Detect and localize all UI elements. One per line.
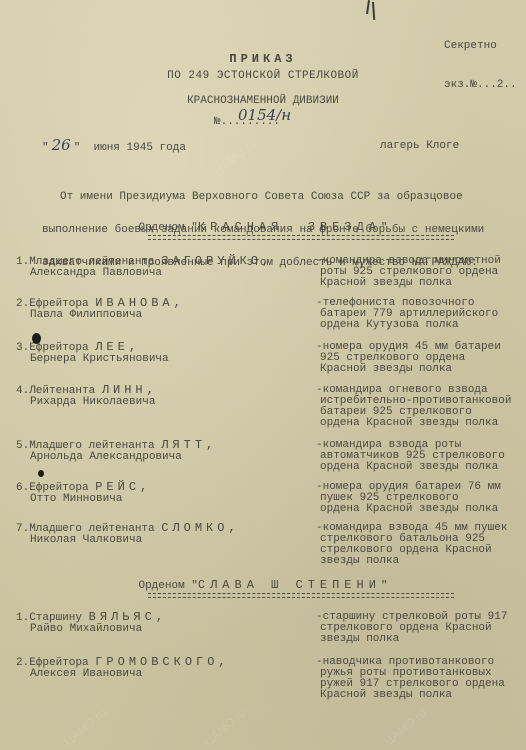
recipient-number: 1.	[16, 256, 29, 268]
recipient-position: -старшину стрелковой роты 917стрелкового…	[316, 612, 507, 645]
date-day-handwritten: 26	[52, 136, 71, 154]
recipient-given-name: Павла Филипповича	[16, 310, 185, 321]
recipient-name-block: 4.Лейтенанта ЛИНН,Рихарда Николаевича	[16, 385, 158, 408]
position-line: Красной звезды полка	[316, 278, 501, 289]
recipient-given-name: Бернера Кристьяновича	[16, 354, 169, 365]
recipient-name-block: 2.Ефрейтора ИВАНОВА,Павла Филипповича	[16, 298, 185, 321]
order-location: лагерь Клоге	[380, 140, 459, 152]
order-name: КРАСНАЯ ЗВЕЗДА	[198, 220, 381, 234]
ink-stain	[32, 333, 41, 344]
recipient-surname: ВЯЛЬЯС,	[89, 610, 167, 624]
order-prefix: Орденом "	[138, 222, 197, 234]
heading-underline	[148, 235, 454, 240]
order-prefix: Орденом "	[138, 580, 197, 592]
recipient-given-name: Александра Павловича	[16, 268, 273, 279]
recipient-surname: СЛОМКО,	[161, 521, 239, 535]
recipient-position: -наводчика противотанковогоружья роты пр…	[316, 657, 505, 701]
recipient-name-block: 1.Младшего лейтенанта ЗАГОРУЙКО,Александ…	[16, 256, 273, 279]
recipient-number: 2.	[16, 657, 29, 669]
order-name: СЛАВА Ш СТЕПЕНИ	[198, 578, 381, 592]
recipient-position: -командира взвода ротыавтоматчиков 925 с…	[316, 440, 505, 473]
recipient-name-block: 2.Ефрейтора ГРОМОВСКОГО,Алексея Иванович…	[16, 657, 230, 680]
ink-stain	[38, 470, 44, 477]
order-number-handwritten: 0154/н	[238, 106, 291, 124]
recipient-name-block: 1.Старшину ВЯЛЬЯС,Райво Михайловича	[16, 612, 167, 635]
recipient-number: 3.	[16, 342, 29, 354]
recipient-position: -номера орудия 45 мм батареи925 стрелков…	[316, 342, 501, 375]
document-title: ПРИКАЗ	[0, 52, 526, 66]
position-line: ордена Красной звезды полка	[316, 504, 501, 515]
order-suffix: "	[381, 580, 388, 592]
order-suffix: "	[381, 222, 388, 234]
division-line-1: ПО 249 ЭСТОНСКОЙ СТРЕЛКОВОЙ	[0, 70, 526, 82]
order-heading: Орденом "КРАСНАЯ ЗВЕЗДА"	[0, 220, 526, 234]
recipient-given-name: Николая Чалковича	[16, 535, 240, 546]
date-quote-open: "	[42, 142, 49, 154]
position-line: Красной звезды полка	[316, 364, 501, 375]
position-line: Красной звезды полка	[316, 690, 505, 701]
order-heading: Орденом "СЛАВА Ш СТЕПЕНИ"	[0, 578, 526, 592]
position-line: ордена Красной звезды полка	[316, 462, 505, 473]
recipient-surname: ЗАГОРУЙКО,	[161, 254, 273, 268]
date-month-year: " июня 1945 года	[74, 142, 186, 154]
position-line: звезды полка	[316, 556, 507, 567]
recipient-name-block: 3.Ефрейтора ЛЕЕ,Бернера Кристьяновича	[16, 342, 169, 365]
order-number: №.........0154/н	[214, 116, 280, 128]
recipient-position: -телефониста повозочногобатареи 779 арти…	[316, 298, 498, 331]
recipient-number: 7.	[16, 523, 29, 535]
recipient-given-name: Рихарда Николаевича	[16, 397, 158, 408]
order-date: "26" июня 1945 года	[42, 136, 186, 154]
recipient-position: -командира взвода минометнойроты 925 стр…	[316, 256, 501, 289]
recipient-number: 2.	[16, 298, 29, 310]
recipient-surname: ГРОМОВСКОГО,	[95, 655, 229, 669]
recipient-given-name: Алексея Ивановича	[16, 669, 230, 680]
recipient-surname: ЛИНН,	[102, 383, 158, 397]
recipient-position: -командира взвода 45 мм пушекстрелкового…	[316, 523, 507, 567]
recipient-given-name: Райво Михайловича	[16, 624, 167, 635]
recipient-position: -командира огневого взводаистребительно-…	[316, 385, 511, 429]
position-line: ордена Кутузова полка	[316, 320, 498, 331]
intro-line: От имени Президиума Верховного Совета Со…	[42, 192, 484, 203]
recipient-given-name: Отто Минновича	[16, 494, 151, 505]
recipient-number: 6.	[16, 482, 29, 494]
recipient-given-name: Арнольда Александровича	[16, 452, 217, 463]
position-line: ордена Красной звезды полка	[316, 418, 511, 429]
recipient-name-block: 7.Младшего лейтенанта СЛОМКО,Николая Чал…	[16, 523, 240, 546]
recipient-surname: ЛЯТТ,	[161, 438, 217, 452]
recipient-name-block: 6.Ефрейтора РЕЙС,Отто Минновича	[16, 482, 151, 505]
recipient-surname: ЛЕЕ,	[95, 340, 140, 354]
recipient-number: 4.	[16, 385, 29, 397]
recipient-surname: ИВАНОВА,	[95, 296, 185, 310]
recipient-surname: РЕЙС,	[95, 480, 151, 494]
position-line: звезды полка	[316, 634, 507, 645]
recipient-number: 1.	[16, 612, 29, 624]
heading-underline	[148, 593, 454, 598]
recipient-position: -номера орудия батареи 76 ммпушек 925 ст…	[316, 482, 501, 515]
recipient-number: 5.	[16, 440, 29, 452]
recipient-name-block: 5.Младшего лейтенанта ЛЯТТ,Арнольда Алек…	[16, 440, 217, 463]
